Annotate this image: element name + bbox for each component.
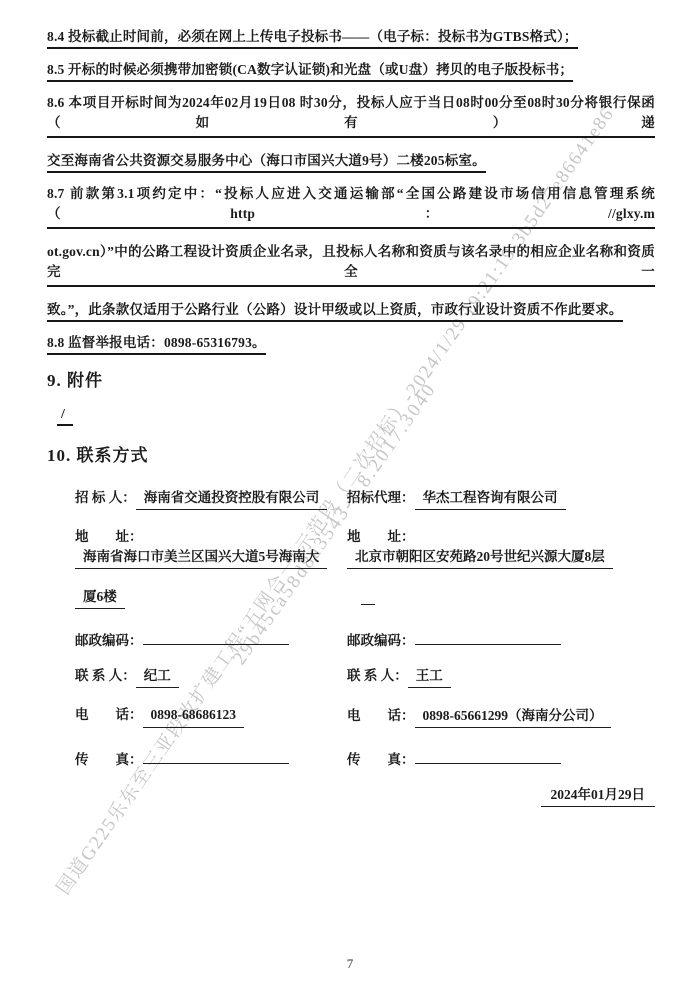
paragraph-8-7-line-1: 8.7 前款第3.1项约定中：“投标人应进入交通运输部“全国公路建设市场信用信息… [47,184,655,229]
phone-left-label: 电 话： [75,703,143,723]
postal-left-label: 邮政编码： [75,629,143,649]
bidder-label: 招 标 人： [75,486,136,506]
paragraph-8-6-line-2: 交至海南省公共资源交易服务中心（海口市国兴大道9号）二楼205标室。 [47,151,655,171]
contact-row-person: 联 系 人：纪工 联 系 人：王工 [47,664,655,688]
person-right-label: 联 系 人： [347,664,408,684]
phone-right-value: 0898-65661299（海南分公司） [415,704,611,728]
address-left-label: 地 址： [75,525,143,545]
postal-left-value [143,624,289,645]
document-page: 国道G225乐东至三亚段改扩建工程“五网合一”示范段（二次招标）-2024/1/… [0,0,700,990]
document-date-row: 2024年01月29日 [47,783,655,807]
bidder-value: 海南省交通投资控股有限公司 [136,486,328,510]
page-number: 7 [0,956,700,972]
contact-row-fax: 传 真： 传 真： [47,743,655,768]
phone-right-label: 电 话： [347,704,415,724]
attachments-value: / [57,407,655,423]
attachments-heading: 9. 附件 [47,366,655,391]
contact-row-address: 地 址：海南省海口市美兰区国兴大道5号海南大 地 址：北京市朝阳区安苑路20号世… [47,525,655,569]
paragraph-8-4: 8.4 投标截止时间前，必须在网上上传电子投标书——（电子标：投标书为GTBS格… [47,27,655,47]
agent-label: 招标代理： [347,486,415,506]
contact-row-party: 招 标 人：海南省交通投资控股有限公司 招标代理：华杰工程咨询有限公司 [47,486,655,510]
person-left-label: 联 系 人： [75,664,136,684]
contact-row-phone: 电 话：0898-68686123 电 话：0898-65661299（海南分公… [47,703,655,728]
address-right-continuation [361,584,375,605]
phone-left-value: 0898-68686123 [143,707,245,728]
fax-right-value [415,743,561,764]
fax-left-label: 传 真： [75,748,143,768]
postal-right-label: 邮政编码： [347,629,415,649]
address-right-value: 北京市朝阳区安苑路20号世纪兴源大厦8层 [347,545,613,569]
fax-right-label: 传 真： [347,748,415,768]
contact-row-postal: 邮政编码： 邮政编码： [47,624,655,649]
postal-right-value [415,624,561,645]
paragraph-8-7-line-2: ot.gov.cn）”中的公路工程设计资质企业名录，且投标人名称和资质与该名录中… [47,242,655,287]
fax-left-value [143,743,289,764]
paragraph-8-5: 8.5 开标的时候必须携带加密锁(CA数字认证锁)和光盘（或U盘）拷贝的电子版投… [47,60,655,80]
agent-value: 华杰工程咨询有限公司 [415,486,566,510]
person-left-value: 纪工 [136,664,179,688]
paragraph-8-7-line-3: 致。”，此条款仅适用于公路行业（公路）设计甲级或以上资质，市政行业设计资质不作此… [47,300,655,320]
contact-row-address-continuation: 厦6楼 [47,584,655,609]
paragraph-8-6-line-1: 8.6 本项目开标时间为2024年02月19日08 时30分，投标人应于当日08… [47,93,655,138]
address-right-label: 地 址： [347,525,415,545]
contact-block: 招 标 人：海南省交通投资控股有限公司 招标代理：华杰工程咨询有限公司 地 址：… [47,486,655,768]
address-left-continuation: 厦6楼 [75,585,125,609]
document-content: 8.4 投标截止时间前，必须在网上上传电子投标书——（电子标：投标书为GTBS格… [47,27,655,807]
address-left-value: 海南省海口市美兰区国兴大道5号海南大 [75,545,327,569]
paragraph-8-8: 8.8 监督举报电话：0898-65316793。 [47,333,655,353]
person-right-value: 王工 [408,664,451,688]
contact-heading: 10. 联系方式 [47,441,655,466]
document-date: 2024年01月29日 [541,783,656,807]
